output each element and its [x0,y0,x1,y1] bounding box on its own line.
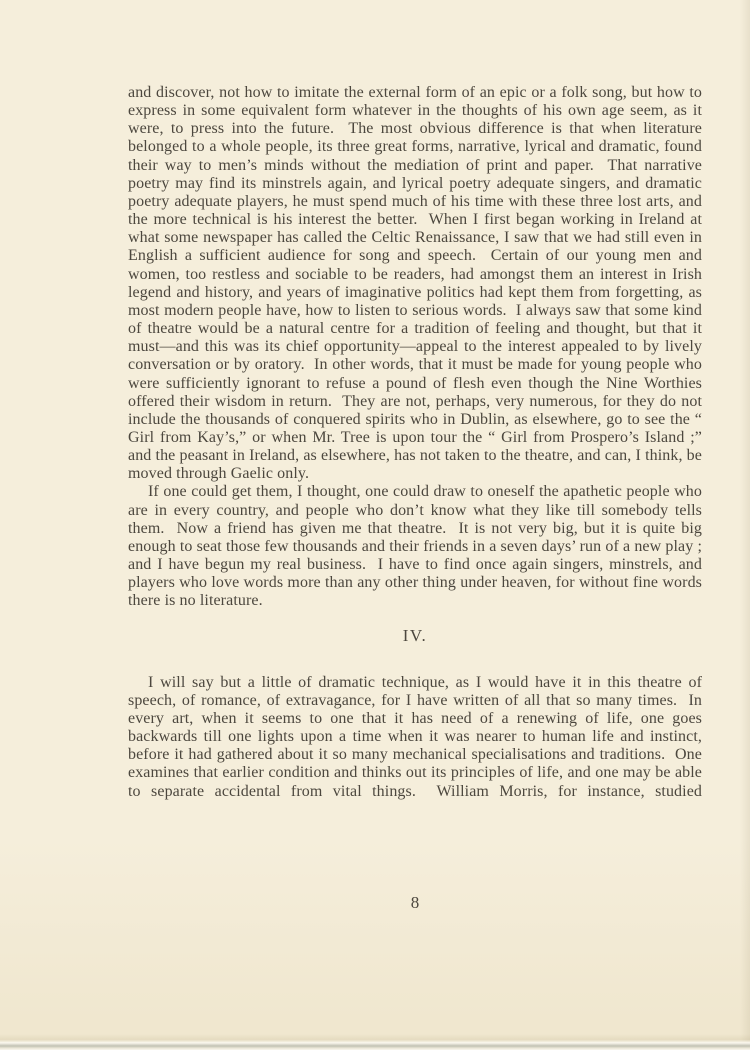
scanned-page: and discover, not how to imitate the ext… [0,0,750,1050]
body-paragraph-section-four: I will say but a little of dramatic tech… [128,674,702,801]
body-paragraph-second: If one could get them, I thought, one co… [128,483,702,610]
section-heading-roman-numeral: IV. [128,627,702,645]
text-column: and discover, not how to imitate the ext… [128,84,702,801]
body-paragraph-continuation: and discover, not how to imitate the ext… [128,84,702,483]
page-number-folio: 8 [128,893,702,913]
page-bottom-edge [0,1034,750,1050]
page-right-edge-shadow [740,0,750,1050]
book-page-scan: { "colors": { "paper": "#f5eedb", "ink":… [0,0,750,1050]
